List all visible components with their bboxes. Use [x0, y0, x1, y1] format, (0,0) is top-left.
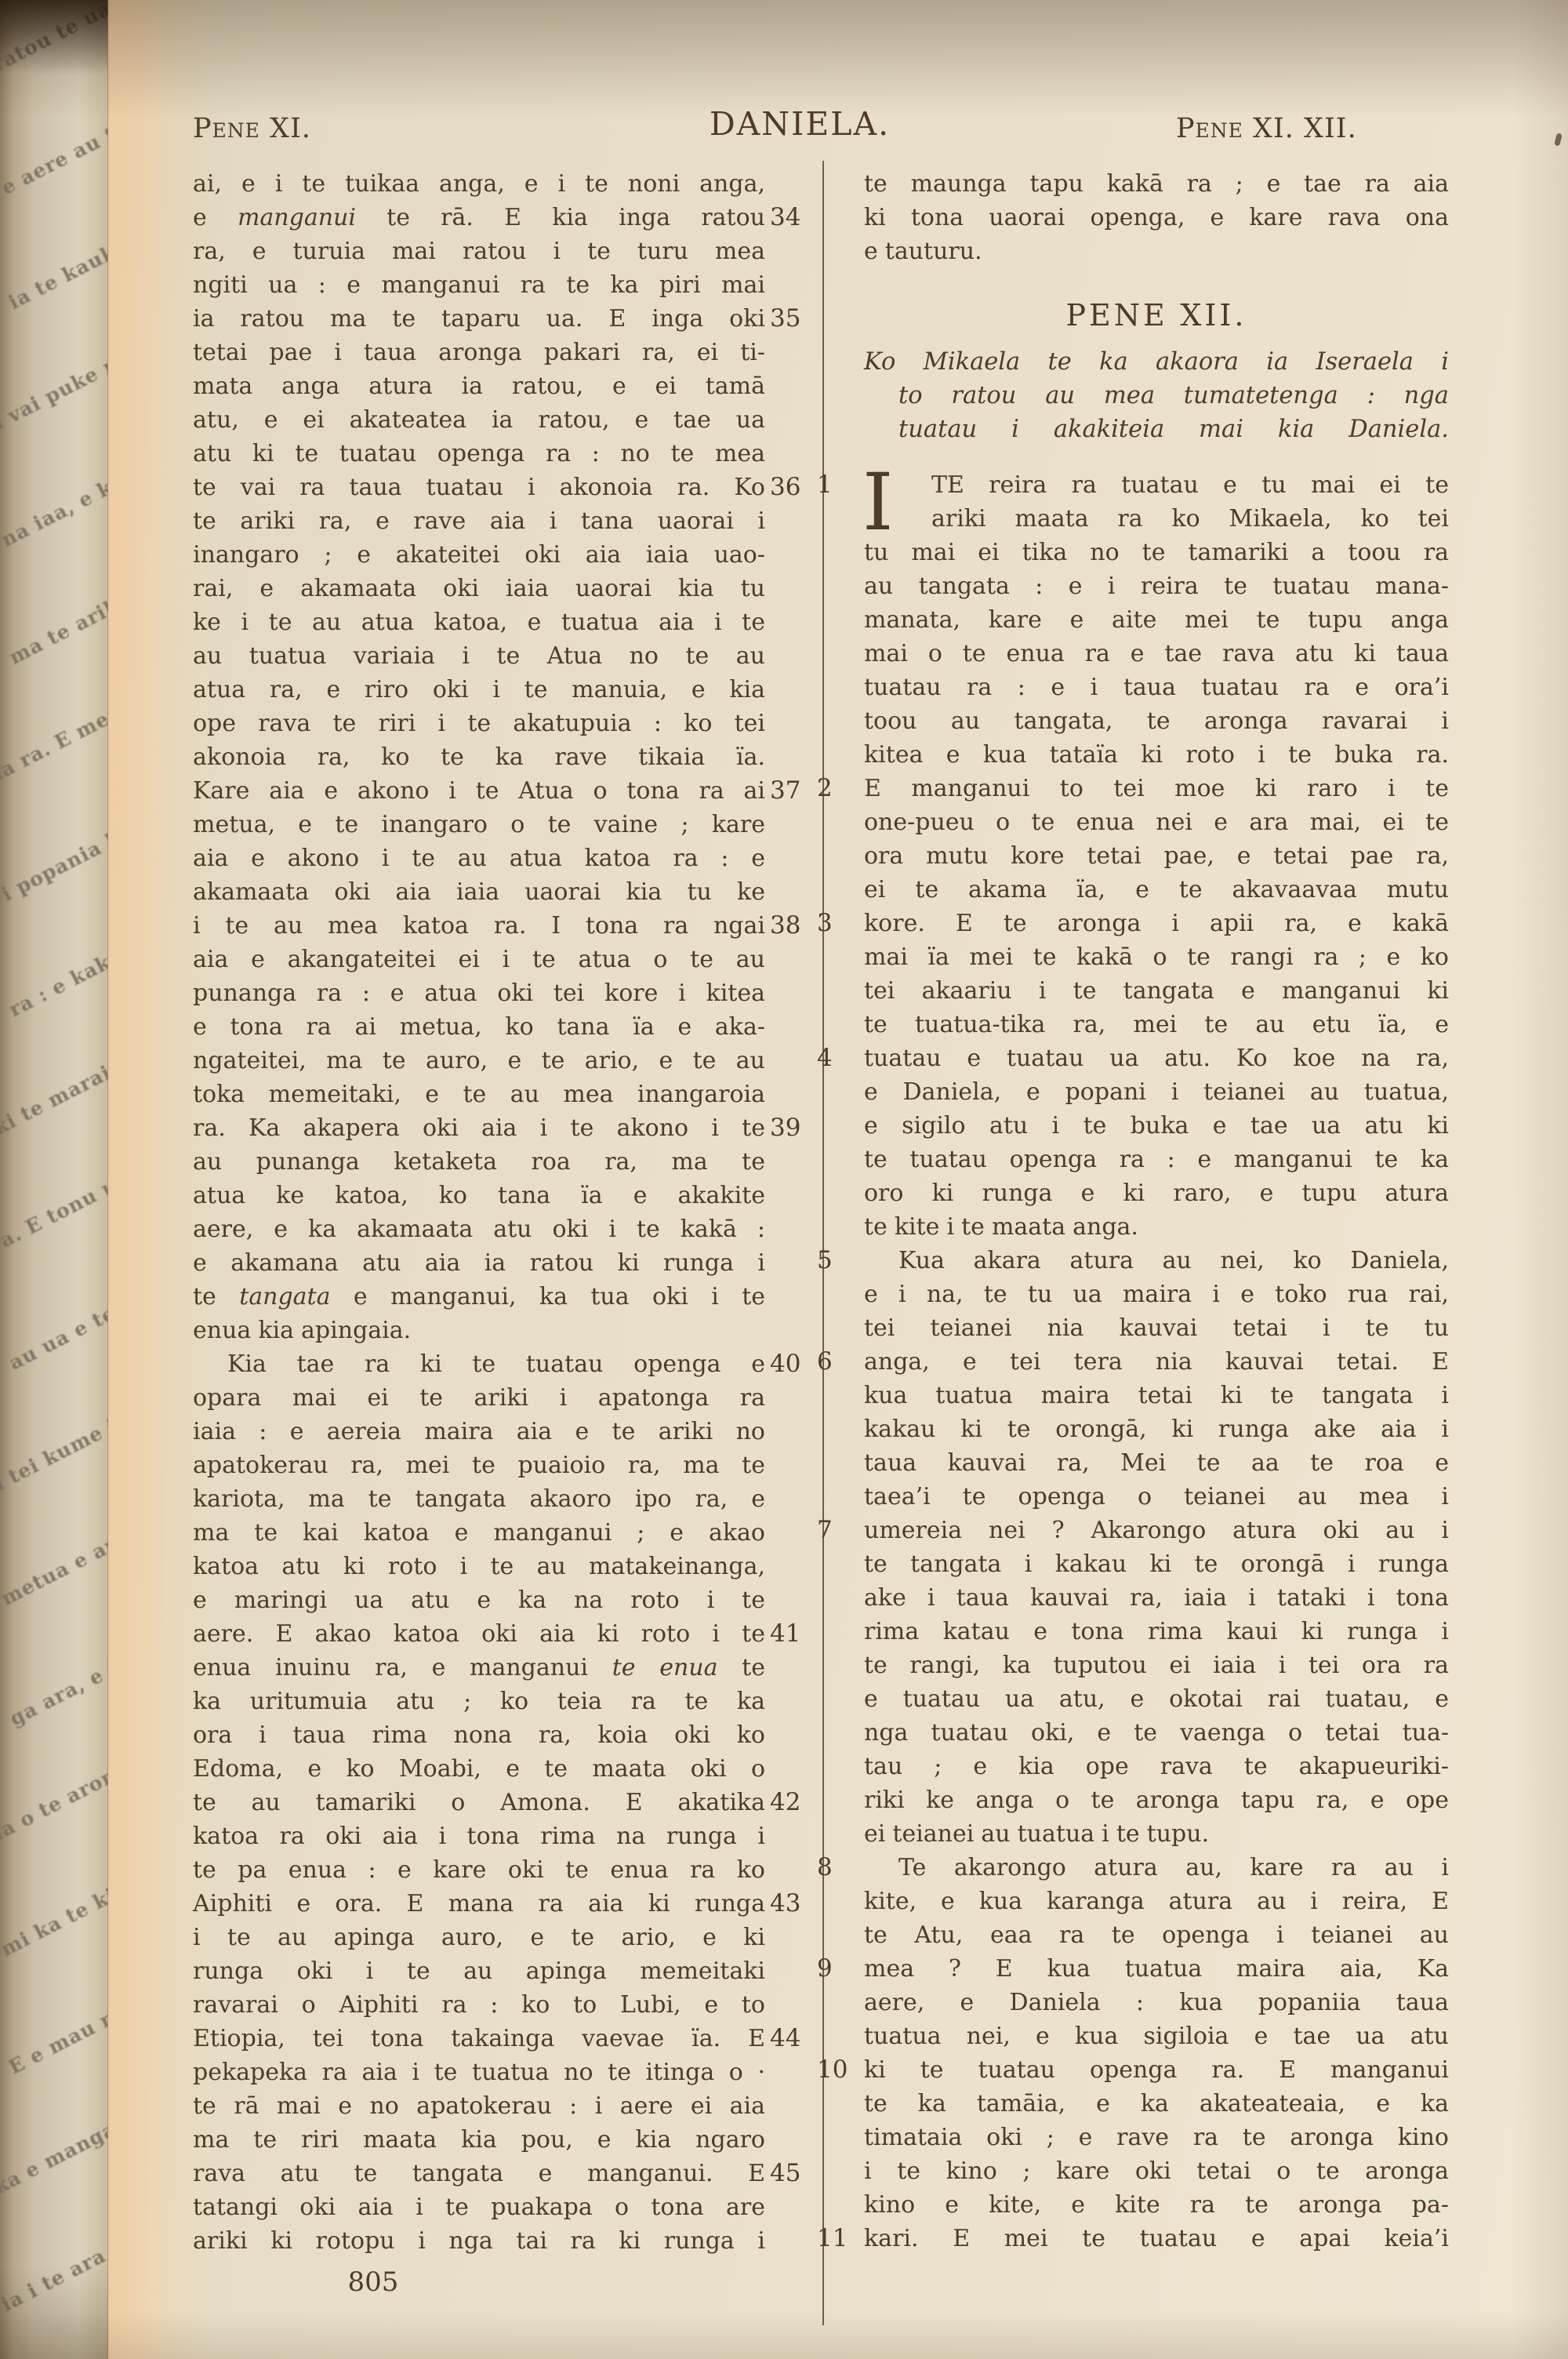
text-run: atu, e ei akateatea ia ratou, e tae ua [193, 406, 765, 434]
text-line: tuatau ra : e i taua tuatau ra e ora’i [864, 671, 1449, 704]
text-run: tei teianei nia kauvai tetai i te tu [864, 1314, 1449, 1342]
text-run: tu mai ei tika no te tamariki a toou ra [864, 539, 1449, 566]
running-head-title: DANIELA. [596, 107, 1004, 141]
text-run: e [193, 204, 238, 231]
text-line: to ratou au mea tumatetenga : nga [864, 379, 1449, 413]
text-line: taea’i te openga o teianei au mea i [864, 1480, 1449, 1514]
text-run: mea ? E kua tuatua maira aia, Ka [864, 1955, 1449, 1983]
text-run: te pa enua : e kare oki te enua ra ko [193, 1856, 765, 1884]
gutter-fragment: ratou te uap [0, 0, 110, 76]
text-line: aere. E akao katoa oki aia ki roto i te4… [193, 1617, 765, 1651]
text-run: TE reira ra tuatau e tu mai ei te [931, 471, 1449, 499]
text-run: manata, kare e aite mei te tupu anga [864, 606, 1449, 634]
text-run: te tangata i kakau ki te orongā i runga [864, 1550, 1449, 1578]
text-line: inangaro ; e akateitei oki aia iaia uao- [193, 538, 765, 572]
text-run: ki tona uaorai openga, e kare rava ona [864, 204, 1449, 231]
text-run: ia ratou ma te taparu ua. E inga oki [193, 305, 765, 333]
verse-number: 34 [770, 201, 828, 234]
text-line: te tangata i kakau ki te orongā i runga [864, 1547, 1449, 1581]
text-run: tuatau e tuatau ua atu. Ko koe na ra, [864, 1045, 1449, 1072]
text-line: mea ? E kua tuatua maira aia, Ka9 [864, 1952, 1449, 1986]
text-line: mata anga atura ia ratou, e ei tamā [193, 369, 765, 403]
text-line: atu, e ei akateatea ia ratou, e tae ua [193, 403, 765, 437]
text-line: toka memeitaki, e te au mea inangaroia [193, 1078, 765, 1111]
text-line: tei akaariu i te tangata e manganui ki [864, 974, 1449, 1008]
text-run: metua, e te inangaro o te vaine ; kare [193, 811, 765, 838]
text-line: ngiti ua : e manganui ra te ka piri mai [193, 268, 765, 302]
text-run: Etiopia, tei tona takainga vaevae ïa. E [193, 2025, 765, 2052]
verse-number: 41 [770, 1617, 828, 1651]
text-line: te tuatau openga ra : e manganui te ka [864, 1143, 1449, 1176]
text-run: one-pueu o te enua nei e ara mai, ei te [864, 809, 1449, 836]
text-run: ake i taua kauvai ra, iaia i tataki i to… [864, 1584, 1449, 1612]
text-run: ai, e i te tuikaa anga, e i te noni anga… [193, 170, 765, 198]
text-line: ora mutu kore tetai pae, e tetai pae ra, [864, 839, 1449, 873]
text-line: e manganui te rā. E kia inga ratou34 [193, 201, 765, 234]
text-line: te au tamariki o Amona. E akatika42 [193, 1786, 765, 1819]
text-run: e maringi ua atu e ka na roto i te [193, 1587, 765, 1614]
text-line: te vai ra taua tuatau i akonoia ra. Ko36 [193, 471, 765, 504]
text-run: te kite i te maata anga. [864, 1213, 1138, 1241]
text-run: e akamana atu aia ia ratou ki runga i [193, 1249, 765, 1277]
text-line: i te au mea katoa ra. I tona ra ngai38 [193, 909, 765, 943]
text-line: kariota, ma te tangata akaoro ipo ra, e [193, 1482, 765, 1516]
text-run: i te kino ; kare oki tetai o te aronga [864, 2157, 1449, 2185]
column-body: E manganui to tei moe ki raro i te2one-p… [864, 772, 1449, 2255]
text-run: kua tuatua maira tetai ki te tangata i [864, 1382, 1449, 1409]
gutter-fragment: i tei kume i ma [0, 1394, 110, 1496]
text-line: e sigilo atu i te buka e tae ua atu ki [864, 1109, 1449, 1143]
text-run: runga oki i te au apinga memeitaki [193, 1957, 765, 1985]
text-run: te tuatua-tika ra, mei te au etu ïa, e [864, 1011, 1449, 1038]
page-number: 805 [193, 2266, 554, 2298]
text-line: e i na, te tu ua maira i e toko rua rai, [864, 1278, 1449, 1311]
gutter-fragment: ia o te aronga [0, 1750, 110, 1845]
text-line: ariki ki rotopu i nga tai ra ki runga i [193, 2224, 765, 2258]
verse-number: 39 [770, 1111, 828, 1145]
text-run: rai, e akamaata oki iaia uaorai kia tu [193, 575, 765, 602]
gutter-fragment: ga ara, e te ma [6, 1630, 110, 1730]
text-run: punanga ra : e atua oki tei kore i kitea [193, 980, 765, 1007]
text-line: Te akarongo atura au, kare ra au i8 [864, 1851, 1449, 1885]
column-intro: te maunga tapu kakā ra ; e tae ra aiaki … [864, 167, 1449, 268]
text-line: tuatau e tuatau ua atu. Ko koe na ra,4 [864, 1041, 1449, 1075]
text-run: nga tuatau oki, e te vaenga o tetai tua- [864, 1719, 1449, 1747]
text-line: mai ïa mei te kakā o te rangi ra ; e ko [864, 940, 1449, 974]
text-line: kari. E mei te tuatau e apai keia’i11 [864, 2222, 1449, 2255]
running-head-right: Pene XI. XII. [1176, 111, 1458, 146]
text-line: Edoma, e ko Moabi, e te maata oki o [193, 1752, 765, 1786]
gutter-fragment: ia i te ara pou [0, 2221, 110, 2316]
text-run: tuatua nei, e kua sigiloia e tae ua atu [864, 2023, 1449, 2050]
gutter-fragment: E e mau ra ki [5, 1987, 110, 2079]
text-run: timataia oki ; e rave ra te aronga kino [864, 2124, 1449, 2151]
verse-number: 42 [770, 1786, 828, 1819]
text-run: e Daniela, e popani i teianei au tuatua, [864, 1078, 1449, 1106]
text-run: mata anga atura ia ratou, e ei tamā [193, 373, 765, 400]
verse-number: 45 [770, 2157, 828, 2190]
text-run: iaia : e aereia maira aia e te ariki no [193, 1418, 765, 1445]
book-page: ratou te uape aere au ta mia te kaukii e… [0, 0, 1568, 2359]
text-run: aere, e ka akamaata atu oki i te kakā : [193, 1216, 765, 1243]
text-run: ra, e turuia mai ratou i te turu mea [193, 238, 765, 265]
text-line: ia ratou ma te taparu ua. E inga oki35 [193, 302, 765, 336]
text-run: te Atu, eaa ra te openga i teianei au [864, 1921, 1449, 1949]
text-line: ma te riri maata kia pou, e kia ngaro [193, 2123, 765, 2157]
text-run: umereia nei ? Akarongo atura oki au i [864, 1517, 1449, 1544]
text-line: i te kino ; kare oki tetai o te aronga [864, 2154, 1449, 2188]
left-text-column: ai, e i te tuikaa anga, e i te noni anga… [193, 167, 765, 2258]
text-line: one-pueu o te enua nei e ara mai, ei te [864, 805, 1449, 839]
text-run: tatangi oki aia i te puakapa o tona are [193, 2194, 765, 2221]
text-run: ei teianei au tuatua i te tupu. [864, 1820, 1209, 1848]
gutter-fragment: ka e manga ra [0, 2103, 110, 2198]
text-line: ki tona uaorai openga, e kare rava ona [864, 201, 1449, 234]
text-line: ariki maata ra ko Mikaela, ko tei [864, 502, 1449, 536]
text-line: ake i taua kauvai ra, iaia i tataki i to… [864, 1581, 1449, 1615]
text-line: atu ki te tuatau openga ra : no te mea [193, 437, 765, 471]
text-line: rava atu te tangata e manganui. E45 [193, 2157, 765, 2190]
gutter-fragment: metua e ana e [0, 1515, 110, 1610]
text-run: ariki ki rotopu i nga tai ra ki runga i [193, 2227, 765, 2255]
text-line: Aiphiti e ora. E mana ra aia ki runga43 [193, 1887, 765, 1921]
text-line: ki te tuatau openga ra. E manganui10 [864, 2053, 1449, 2087]
text-line: tetai pae i taua aronga pakari ra, ei ti… [193, 336, 765, 369]
text-line: te kite i te maata anga. [864, 1210, 1449, 1244]
text-line: aia e akono i te au atua katoa ra : e [193, 841, 765, 875]
text-line: ai, e i te tuikaa anga, e i te noni anga… [193, 167, 765, 201]
right-text-column: te maunga tapu kakā ra ; e tae ra aiaki … [864, 167, 1449, 2255]
chapter-heading: PENE XII. [864, 296, 1449, 334]
text-run: opara mai ei te ariki i apatonga ra [193, 1384, 765, 1412]
text-run: ka uritumuia atu ; ko teia ra te ka [193, 1688, 765, 1715]
text-run: akonoia ra, ko te ka rave tikaia ïa. [193, 743, 765, 771]
text-run: e sigilo atu i te buka e tae ua atu ki [864, 1112, 1449, 1140]
text-run: kari. E mei te tuatau e apai keia’i [864, 2225, 1449, 2252]
text-run: kino e kite, e kite ra te aronga pa- [864, 2191, 1449, 2219]
text-line: te Atu, eaa ra te openga i teianei au [864, 1918, 1449, 1952]
text-run: enua kia apingaia. [193, 1317, 411, 1344]
text-run: kite, e kua karanga atura au i reira, E [864, 1888, 1449, 1915]
text-run: ora i taua rima nona ra, koia oki ko [193, 1721, 765, 1749]
text-line: Etiopia, tei tona takainga vaevae ïa. E4… [193, 2022, 765, 2055]
text-line: tuatua nei, e kua sigiloia e tae ua atu [864, 2019, 1449, 2053]
text-line: TE reira ra tuatau e tu mai ei te1 [864, 468, 1449, 502]
text-line: ora i taua rima nona ra, koia oki ko [193, 1718, 765, 1752]
text-run: ke i te au atua katoa, e tuatua aia i te [193, 609, 765, 636]
text-run: kakau ki te orongā, ki runga ake aia i [864, 1416, 1449, 1443]
text-run: te au tamariki o Amona. E akatika [193, 1789, 765, 1816]
text-line: iaia : e aereia maira aia e te ariki no [193, 1415, 765, 1448]
text-line: ei te akama ïa, e te akavaavaa mutu [864, 873, 1449, 907]
verse-number: 8 [817, 1851, 855, 1885]
text-run: toka memeitaki, e te au mea inangaroia [193, 1081, 765, 1108]
text-line: ka uritumuia atu ; ko teia ra te ka [193, 1685, 765, 1718]
text-line: aia e akangateitei ei i te atua o te au [193, 943, 765, 976]
text-line: akamaata oki aia iaia uaorai kia tu ke [193, 875, 765, 909]
gutter-fragment: au ua e te rap [5, 1280, 110, 1374]
text-line: ra. Ka akapera oki aia i te akono i te39 [193, 1111, 765, 1145]
text-run: pekapeka ra aia i te tuatua no te itinga… [193, 2059, 765, 2086]
verse-1-paragraph: I TE reira ra tuatau e tu mai ei te1arik… [864, 468, 1449, 772]
text-line: ravarai o Aiphiti ra : ko to Lubi, e to [193, 1988, 765, 2022]
text-line: E manganui to tei moe ki raro i te2 [864, 772, 1449, 805]
verse-number: 1 [817, 468, 855, 502]
text-run: katoa atu ki roto i te au matakeinanga, [193, 1553, 765, 1580]
text-line: e maringi ua atu e ka na roto i te [193, 1583, 765, 1617]
text-run: ope rava te riri i te akatupuia : ko tei [193, 710, 765, 737]
text-line: aere, e Daniela : kua popaniia taua [864, 1986, 1449, 2019]
verse-number: 3 [817, 907, 855, 940]
verse-number: 7 [817, 1514, 855, 1547]
text-line: Kia tae ra ki te tuatau openga e40 [193, 1347, 765, 1381]
text-run: anga, e tei tera nia kauvai tetai. E [864, 1348, 1449, 1376]
gutter-fragment: ia ra. E mea t [0, 693, 110, 785]
text-run: kariota, ma te tangata akaoro ipo ra, e [193, 1485, 765, 1513]
verse-number: 44 [770, 2022, 828, 2055]
text-run: aere. E akao katoa oki aia ki roto i te [193, 1620, 765, 1648]
verse-number: 6 [817, 1345, 855, 1379]
text-line: manata, kare e aite mei te tupu anga [864, 603, 1449, 637]
gutter-fragment: e aere au ta m [0, 103, 110, 199]
text-line: toou au tangata, te aronga ravarai i [864, 704, 1449, 738]
text-line: kite, e kua karanga atura au i reira, E [864, 1885, 1449, 1918]
text-line: te tuatua-tika ra, mei te au etu ïa, e [864, 1008, 1449, 1041]
text-run: atua ke katoa, ko tana ïa e akakite [193, 1182, 765, 1209]
text-run: ariki maata ra ko Mikaela, ko tei [931, 505, 1449, 533]
text-run: rava atu te tangata e manganui. E [193, 2160, 765, 2187]
text-line: te ka tamāia, e ka akateateaia, e ka [864, 2087, 1449, 2121]
gutter-fragment: ki te maraia n [0, 1045, 110, 1140]
ink-speck [1554, 133, 1563, 146]
text-line: te ariki ra, e rave aia i tana uaorai i [193, 504, 765, 538]
text-line: kakau ki te orongā, ki runga ake aia i [864, 1412, 1449, 1446]
text-run: te [193, 1283, 239, 1310]
text-line: punanga ra : e atua oki tei kore i kitea [193, 976, 765, 1010]
text-run: akamaata oki aia iaia uaorai kia tu ke [193, 878, 765, 906]
text-line: anga, e tei tera nia kauvai tetai. E6 [864, 1345, 1449, 1379]
gutter-fragment: mi ka te kino [0, 1870, 110, 1961]
text-line: au tangata : e i reira te tuatau mana- [864, 569, 1449, 603]
text-run: oro ki runga e ki raro, e tupu atura [864, 1179, 1449, 1207]
text-line: aere, e ka akamaata atu oki i te kakā : [193, 1212, 765, 1246]
text-run: i te au apinga auro, e te ario, e ki [193, 1924, 765, 1951]
text-line: runga oki i te au apinga memeitaki [193, 1954, 765, 1988]
text-line: te pa enua : e kare oki te enua ra ko [193, 1853, 765, 1887]
text-run: e manganui, ka tua oki i te [331, 1283, 766, 1310]
text-run: te ka tamāia, e ka akateateaia, e ka [864, 2090, 1449, 2117]
text-line: Ko Mikaela te ka akaora ia Iseraela i [864, 345, 1449, 379]
text-run: te ariki ra, e rave aia i tana uaorai i [193, 507, 765, 535]
text-run: kitea e kua tataïa ki roto i te buka ra. [864, 741, 1449, 769]
text-run: ngiti ua : e manganui ra te ka piri mai [193, 271, 765, 299]
text-run: ki te tuatau openga ra. E manganui [864, 2056, 1449, 2084]
text-line: tei teianei nia kauvai tetai i te tu [864, 1311, 1449, 1345]
text-line: kore. E te aronga i apii ra, e kakā3 [864, 907, 1449, 940]
text-line: rai, e akamaata oki iaia uaorai kia tu [193, 572, 765, 605]
text-run: te tuatau openga ra : e manganui te ka [864, 1146, 1449, 1173]
text-run: te [717, 1654, 765, 1681]
verse-number: 5 [817, 1244, 855, 1278]
text-line: te rangi, ka tuputou ei iaia i tei ora r… [864, 1648, 1449, 1682]
page-edge-seam [107, 0, 110, 2359]
gutter-fragment: ia te kaukii e [5, 224, 110, 314]
verse-number: 9 [817, 1952, 855, 1986]
gutter-fragment: i vai puke ra e [0, 338, 110, 434]
text-run: ravarai o Aiphiti ra : ko to Lubi, e to [193, 1991, 765, 2019]
text-run: te rā mai e no apatokerau : i aere ei ai… [193, 2092, 765, 2120]
text-line: tu mai ei tika no te tamariki a toou ra [864, 536, 1449, 569]
text-run: to ratou au mea tumatetenga : nga [898, 382, 1449, 409]
text-line: timataia oki ; e rave ra te aronga kino [864, 2121, 1449, 2154]
text-line: e Daniela, e popani i teianei au tuatua, [864, 1075, 1449, 1109]
text-run: aia e akangateitei ei i te atua o te au [193, 946, 765, 973]
text-run: Kare aia e akono i te Atua o tona ra ai [193, 777, 765, 805]
text-run: e tauturu. [864, 238, 982, 265]
text-line: enua kia apingaia. [193, 1314, 765, 1347]
text-run: E manganui to tei moe ki raro i te [864, 775, 1449, 802]
verse-number: 35 [770, 302, 828, 336]
text-line: rima katau e tona rima kaui ki runga i [864, 1615, 1449, 1648]
text-run: toou au tangata, te aronga ravarai i [864, 707, 1449, 735]
text-line: umereia nei ? Akarongo atura oki au i7 [864, 1514, 1449, 1547]
text-line: Kua akara atura au nei, ko Daniela,5 [864, 1244, 1449, 1278]
text-run: ma te riri maata kia pou, e kia ngaro [193, 2126, 765, 2154]
text-run: ma te kai katoa e manganui ; e akao [193, 1519, 765, 1547]
text-line: tatangi oki aia i te puakapa o tona are [193, 2190, 765, 2224]
text-run: Kua akara atura au nei, ko Daniela, [898, 1247, 1449, 1274]
text-line: ngateitei, ma te auro, e te ario, e te a… [193, 1044, 765, 1078]
text-run: ora mutu kore tetai pae, e tetai pae ra, [864, 842, 1449, 870]
verse-number: 11 [817, 2222, 855, 2255]
text-run: au punanga ketaketa roa ra, ma te [193, 1148, 765, 1176]
text-line: kino e kite, e kite ra te aronga pa- [864, 2188, 1449, 2222]
text-run: riki ke anga o te aronga tapu ra, e ope [864, 1787, 1449, 1814]
text-run: e i na, te tu ua maira i e toko rua rai, [864, 1281, 1449, 1308]
text-run: atua ra, e riro oki i te manuia, e kia [193, 676, 765, 703]
text-run: e tona ra ai metua, ko tana ïa e aka- [193, 1013, 765, 1041]
previous-page-edge: ratou te uape aere au ta mia te kaukii e… [0, 0, 110, 2359]
text-run: tau ; e kia ope rava te akapueuriki- [864, 1753, 1449, 1780]
text-line: e akamana atu aia ia ratou ki runga i [193, 1246, 765, 1280]
text-line: e tona ra ai metua, ko tana ïa e aka- [193, 1010, 765, 1044]
gutter-fragment: ma te ariki ka [5, 574, 110, 669]
italic-text: manganui [238, 204, 356, 231]
text-line: e tuatau ua atu, e okotai rai tuatau, e [864, 1682, 1449, 1716]
text-line: akonoia ra, ko te ka rave tikaia ïa. [193, 740, 765, 774]
text-run: i te au mea katoa ra. I tona ra ngai [193, 912, 765, 940]
text-line: te rā mai e no apatokerau : i aere ei ai… [193, 2089, 765, 2123]
text-line: atua ra, e riro oki i te manuia, e kia [193, 673, 765, 707]
text-run: mai ïa mei te kakā o te rangi ra ; e ko [864, 943, 1449, 971]
text-run: Kia tae ra ki te tuatau openga e [227, 1350, 765, 1378]
text-run: aere, e Daniela : kua popaniia taua [864, 1989, 1449, 2016]
text-run: tetai pae i taua aronga pakari ra, ei ti… [193, 339, 765, 366]
text-line: katoa atu ki roto i te au matakeinanga, [193, 1550, 765, 1583]
text-run: te maunga tapu kakā ra ; e tae ra aia [864, 170, 1449, 198]
text-run: e tuatau ua atu, e okotai rai tuatau, e [864, 1685, 1449, 1713]
text-run: ra. Ka akapera oki aia i te akono i te [193, 1114, 765, 1142]
italic-text: tangata [239, 1283, 330, 1310]
gutter-fragment: i popania kia r [0, 808, 110, 906]
text-line: katoa ra oki aia i tona rima na runga i [193, 1819, 765, 1853]
text-run: atu ki te tuatau openga ra : no te mea [193, 440, 765, 467]
text-line: ra, e turuia mai ratou i te turu mea [193, 234, 765, 268]
text-line: te maunga tapu kakā ra ; e tae ra aia [864, 167, 1449, 201]
text-line: kua tuatua maira tetai ki te tangata i [864, 1379, 1449, 1412]
text-run: apatokerau ra, mei te puaioio ra, ma te [193, 1452, 765, 1479]
text-run: Edoma, e ko Moabi, e te maata oki o [193, 1755, 765, 1783]
text-run: katoa ra oki aia i tona rima na runga i [193, 1823, 765, 1850]
text-line: au punanga ketaketa roa ra, ma te [193, 1145, 765, 1179]
text-run: Aiphiti e ora. E mana ra aia ki runga [193, 1890, 765, 1917]
text-line: nga tuatau oki, e te vaenga o tetai tua- [864, 1716, 1449, 1750]
text-run: rima katau e tona rima kaui ki runga i [864, 1618, 1449, 1645]
text-run: ei te akama ïa, e te akavaavaa mutu [864, 876, 1449, 903]
text-run: aia e akono i te au atua katoa ra : e [193, 845, 765, 872]
text-line: riki ke anga o te aronga tapu ra, e ope [864, 1783, 1449, 1817]
text-run: Ko Mikaela te ka akaora ia Iseraela i [864, 348, 1449, 376]
text-run: au tangata : e i reira te tuatau mana- [864, 572, 1449, 600]
text-line: taua kauvai ra, Mei te aa te roa e [864, 1446, 1449, 1480]
text-line: kitea e kua tataïa ki roto i te buka ra. [864, 738, 1449, 772]
text-line: i te au apinga auro, e te ario, e ki [193, 1921, 765, 1954]
text-line: mai o te enua ra e tae rava atu ki taua [864, 637, 1449, 671]
text-line: tuatau i akakiteia mai kia Daniela. [864, 413, 1449, 446]
text-run: te rā. E kia inga ratou [356, 204, 765, 231]
text-line: ope rava te riri i te akatupuia : ko tei [193, 707, 765, 740]
chapter-summary: Ko Mikaela te ka akaora ia Iseraela ito … [864, 345, 1449, 446]
text-run: enua inuinu ra, e manganui [193, 1654, 612, 1681]
text-run: ngateitei, ma te auro, e te ario, e te a… [193, 1047, 765, 1074]
text-run: tuatau ra : e i taua tuatau ra e ora’i [864, 674, 1449, 701]
text-line: Kare aia e akono i te Atua o tona ra ai3… [193, 774, 765, 808]
text-line: te tangata e manganui, ka tua oki i te [193, 1280, 765, 1314]
text-line: tau ; e kia ope rava te akapueuriki- [864, 1750, 1449, 1783]
text-run: tuatau i akakiteia mai kia Daniela. [898, 416, 1449, 443]
verse-number: 43 [770, 1887, 828, 1921]
text-run: taua kauvai ra, Mei te aa te roa e [864, 1449, 1449, 1477]
text-line: oro ki runga e ki raro, e tupu atura [864, 1176, 1449, 1210]
text-line: opara mai ei te ariki i apatonga ra [193, 1381, 765, 1415]
gutter-fragment: ra : e kake mi [5, 928, 110, 1021]
verse-number: 4 [817, 1041, 855, 1075]
text-run: au tuatua variaia i te Atua no te au [193, 642, 765, 670]
running-head-left: Pene XI. [193, 111, 311, 146]
text-line: ei teianei au tuatua i te tupu. [864, 1817, 1449, 1851]
text-run: inangaro ; e akateitei oki aia iaia uao- [193, 541, 765, 569]
gutter-fragment: a. E tonu ua [0, 1167, 110, 1252]
text-run: tei akaariu i te tangata e manganui ki [864, 977, 1449, 1005]
text-run: mai o te enua ra e tae rava atu ki taua [864, 640, 1449, 667]
text-line: ke i te au atua katoa, e tuatua aia i te [193, 605, 765, 639]
text-run: taea’i te openga o teianei au mea i [864, 1483, 1449, 1510]
italic-text: te enua [612, 1654, 718, 1681]
text-line: metua, e te inangaro o te vaine ; kare [193, 808, 765, 841]
text-line: atua ke katoa, ko tana ïa e akakite [193, 1179, 765, 1212]
text-line: ma te kai katoa e manganui ; e akao [193, 1516, 765, 1550]
text-run: kore. E te aronga i apii ra, e kakā [864, 910, 1449, 937]
text-line: enua inuinu ra, e manganui te enua te [193, 1651, 765, 1685]
verse-number: 10 [817, 2053, 855, 2087]
gutter-fragment: na iaa, e ka ei [0, 456, 110, 551]
text-line: pekapeka ra aia i te tuatua no te itinga… [193, 2055, 765, 2089]
text-line: apatokerau ra, mei te puaioio ra, ma te [193, 1448, 765, 1482]
text-line: au tuatua variaia i te Atua no te au [193, 639, 765, 673]
text-run: te rangi, ka tuputou ei iaia i tei ora r… [864, 1652, 1449, 1679]
text-run: Te akarongo atura au, kare ra au i [898, 1854, 1449, 1881]
text-run: te vai ra taua tuatau i akonoia ra. Ko [193, 474, 765, 501]
